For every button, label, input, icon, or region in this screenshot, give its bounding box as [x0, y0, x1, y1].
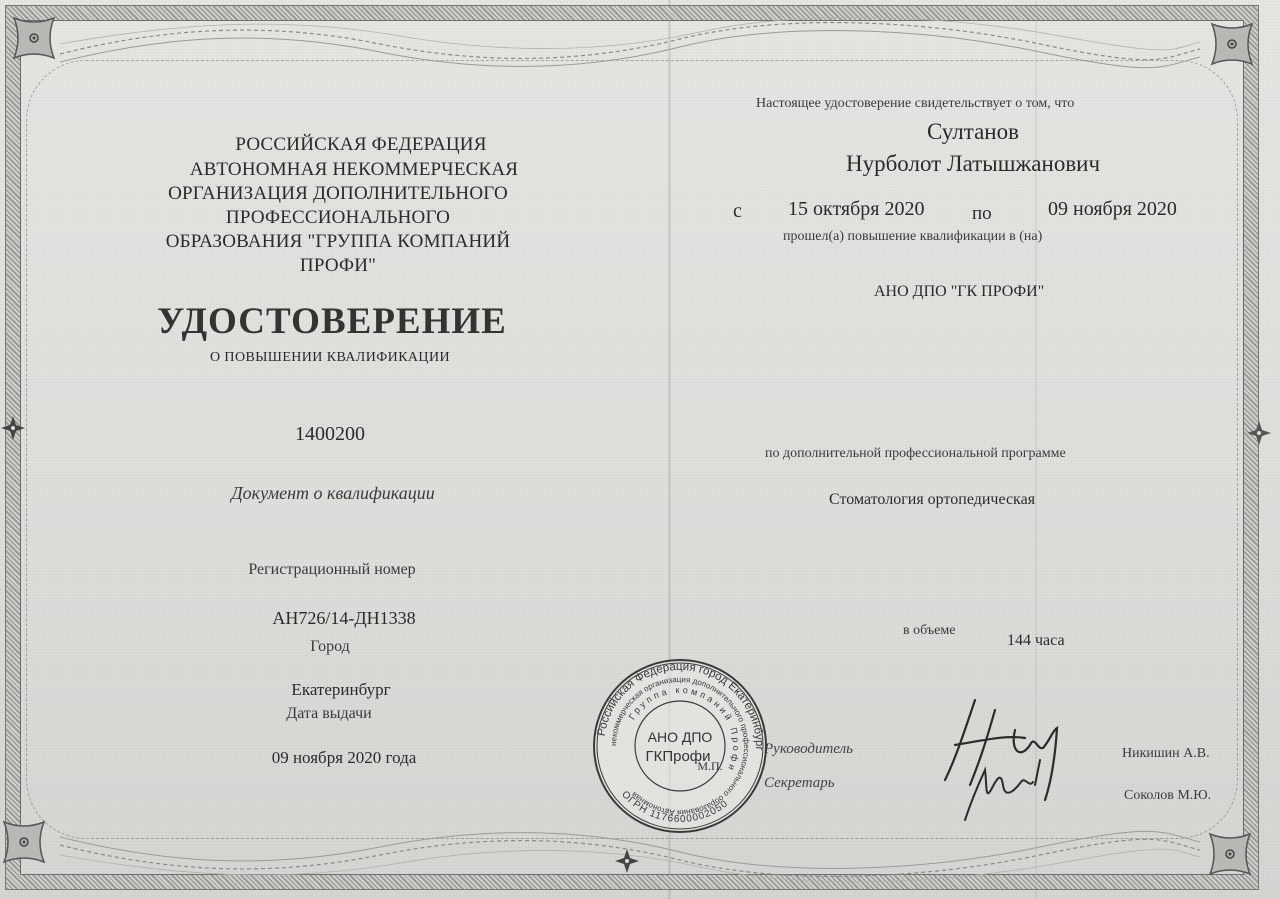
header-line-3: ОРГАНИЗАЦИЯ ДОПОЛНИТЕЛЬНОГО [168, 183, 508, 205]
stamp-mp-mark: М.П. [697, 759, 722, 773]
program-label: по дополнительной профессиональной прогр… [765, 446, 1066, 462]
secretary-name: Соколов М.Ю. [1124, 788, 1211, 804]
header-line-1: РОССИЙСКАЯ ФЕДЕРАЦИЯ [235, 134, 486, 156]
bottom-center-ornament [614, 848, 640, 874]
header-line-5: ОБРАЗОВАНИЯ "ГРУППА КОМПАНИЙ [166, 231, 511, 253]
corner-ornament-top-left [12, 16, 56, 60]
issue-date-label: Дата выдачи [286, 705, 371, 723]
issue-date-value: 09 ноября 2020 года [272, 748, 417, 768]
holder-surname: Султанов [927, 119, 1019, 145]
stamp-center-line-1: АНО ДПО [648, 729, 713, 745]
serial-number: 1400200 [295, 423, 365, 446]
header-line-2: АВТОНОМНАЯ НЕКОММЕРЧЕСКАЯ [190, 159, 518, 181]
city-label: Город [310, 638, 350, 656]
holder-given-names: Нурболот Латышжанович [846, 151, 1100, 177]
document-title: УДОСТОВЕРЕНИЕ [157, 300, 507, 343]
header-line-4: ПРОФЕССИОНАЛЬНОГО [226, 207, 450, 229]
corner-ornament-bottom-left [2, 820, 46, 864]
document-subtitle: О ПОВЫШЕНИИ КВАЛИФИКАЦИИ [210, 350, 450, 366]
program-name: Стоматология ортопедическая [829, 491, 1035, 509]
side-ornament-left [0, 415, 26, 441]
to-date: 09 ноября 2020 [1048, 198, 1177, 221]
corner-ornament-bottom-right [1208, 832, 1252, 876]
registration-number: АН726/14-ДН1338 [272, 608, 415, 629]
city-value: Екатеринбург [291, 680, 390, 700]
to-label: по [972, 203, 992, 225]
director-label: Руководитель [764, 741, 853, 758]
corner-ornament-top-right [1210, 22, 1254, 66]
director-name: Никишин А.В. [1122, 746, 1210, 762]
completed-text: прошел(а) повышение квалификации в (на) [783, 229, 1042, 245]
certificate-sheet: РОССИЙСКАЯ ФЕДЕРАЦИЯ АВТОНОМНАЯ НЕКОММЕР… [0, 0, 1280, 899]
handwritten-signature [925, 690, 1085, 830]
registration-label: Регистрационный номер [248, 561, 415, 579]
institution-name: АНО ДПО "ГК ПРОФИ" [874, 283, 1044, 301]
header-line-6: ПРОФИ" [300, 255, 376, 277]
volume-label: в объеме [903, 623, 955, 639]
guilloche-wave-top [60, 14, 1200, 74]
document-type: Документ о квалификации [231, 483, 435, 504]
volume-value: 144 часа [1007, 632, 1065, 650]
official-stamp: Российская Федерация город Екатеринбург … [592, 658, 768, 834]
side-ornament-right [1246, 420, 1272, 446]
from-label: с [733, 200, 742, 223]
intro-text: Настоящее удостоверение свидетельствует … [756, 96, 1074, 112]
secretary-label: Секретарь [764, 775, 835, 792]
from-date: 15 октября 2020 [788, 198, 925, 221]
